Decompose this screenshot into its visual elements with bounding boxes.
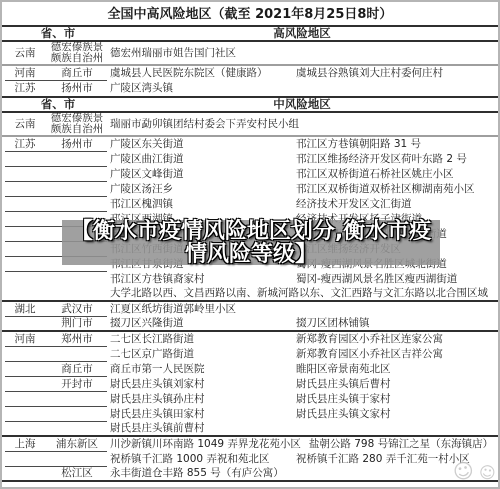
table-row: 江苏扬州市广陵区湾头镇 [2, 81, 498, 96]
risk-area-cells: 江夏区纸坊街道郭岭里小区 [110, 303, 494, 316]
smiley-icon: ☺ [451, 457, 476, 485]
risk-area-cell: 商丘市第一人民医院 [110, 363, 296, 376]
risk-area-cells: 大学北路以西、文昌西路以南、新城河路以东、文汇西路与文汇东路以北合围区域 [110, 287, 496, 300]
table-row: 开封市尉氏县庄头镇刘家村尉氏县庄头镇后曹村 [2, 377, 498, 392]
province-city-header: 省、市 [6, 98, 110, 111]
city-cell: 郑州市 [44, 333, 110, 346]
province-cell: 河南 [6, 67, 44, 80]
table-row: 尉氏县庄头镇田家村尉氏县庄头镇文家村 [2, 407, 498, 422]
risk-area-cell: 睢阳区帝景南苑北区 [296, 363, 391, 376]
risk-area-cell: 邗江区维扬经济开发区荷叶东路 2 号 [296, 153, 467, 166]
risk-area-cell: 川沙新镇川环南路 1049 弄界龙花苑小区 [110, 438, 309, 451]
risk-area-cell: 尉氏县庄头镇刘家村 [110, 378, 296, 391]
risk-area-cells: 尉氏县庄头镇刘家村尉氏县庄头镇后曹村 [110, 378, 494, 391]
risk-area-cells: 掇刀区兴隆街道掇刀区团林铺镇 [110, 317, 494, 330]
risk-area-cell: 尉氏县庄头镇田家村 [110, 408, 296, 421]
city-cell: 德宏傣族景颇族自治州 [44, 113, 110, 135]
risk-area-cell: 德宏州瑞丽市姐告国门社区 [110, 47, 244, 60]
city-cell: 松江区 [44, 467, 110, 480]
risk-area-cells: 永丰街道仓丰路 855 号（有庐公寓） [110, 467, 494, 480]
table-row: 河南郑州市二七区长江路街道新郑教育园区小乔社区连家公寓 [2, 332, 498, 347]
risk-area-cell: 祝桥镇千汇路 1000 弄祝和苑北区 [110, 453, 296, 466]
risk-area-cells: 邗江区槐泗镇经济技术开发区文汇街道 [110, 198, 494, 211]
risk-area-cell: 邗江区方巷镇朝阳路 31 号 [296, 138, 421, 151]
table-row: 二七区京广路街道新郑教育园区小乔社区吉祥公寓 [2, 347, 498, 362]
table-row: 湖北武汉市江夏区纸坊街道郭岭里小区 [2, 302, 498, 317]
risk-area-cells: 尉氏县庄头镇前曹村 [110, 422, 494, 435]
risk-area-cells: 祝桥镇千汇路 1000 弄祝和苑北区祝桥镇千汇路 280 弄千汇苑一村小区 [110, 453, 494, 466]
table-row: 河南商丘市虞城县人民医院东院区（健康路）虞城县谷熟镇刘大庄村委何庄村 [2, 66, 498, 81]
risk-area-cell: 经济技术开发区文汇街道 [296, 198, 412, 211]
risk-area-cell: 尉氏县庄头镇后曹村 [296, 378, 391, 391]
risk-area-cell: 祝桥镇千汇路 280 弄千汇苑一村小区 [296, 453, 470, 466]
risk-area-cell: 广陵区湾头镇 [110, 82, 296, 95]
risk-area-cell: 广陵区东关街道 [110, 138, 296, 151]
risk-area-cell: 邗江区双桥街道石桥社区姚庄小区 [296, 168, 454, 181]
risk-area-cells: 二七区京广路街道新郑教育园区小乔社区吉祥公寓 [110, 348, 494, 361]
table-row: 荆门市掇刀区兴隆街道掇刀区团林铺镇 [2, 317, 498, 332]
table-row: 松江区永丰街道仓丰路 855 号（有庐公寓） [2, 467, 498, 482]
risk-area-cell: 江夏区纸坊街道郭岭里小区 [110, 303, 296, 316]
province-cell: 河南 [6, 333, 44, 346]
risk-area-cells: 尉氏县庄头镇孙庄村尉氏县庄头镇于家村 [110, 393, 494, 406]
province-cell: 云南 [6, 118, 44, 131]
table-row: 邗江区方巷镇裔家村蜀冈-瘦西湖风景名胜区瘦西湖街道 [2, 272, 498, 287]
smiley-icon: ☺ [478, 462, 498, 484]
risk-area-cell: 盐朝公路 798 号锦江之星（东海镇店） [309, 438, 493, 451]
risk-area-cells: 广陵区东关街道邗江区方巷镇朝阳路 31 号 [110, 138, 494, 151]
table-row: 江苏扬州市广陵区东关街道邗江区方巷镇朝阳路 31 号 [2, 137, 498, 152]
risk-area-cell: 新郑教育园区小乔社区吉祥公寓 [296, 348, 443, 361]
risk-area-cell: 尉氏县庄头镇文家村 [296, 408, 391, 421]
risk-area-cell: 瑞丽市勐卯镇团结村委会下弄安村民小组 [110, 118, 307, 131]
risk-area-cell: 新郑教育园区小乔社区连家公寓 [296, 333, 443, 346]
page-title: 全国中高风险地区（截至 2021年8月25日8时） [2, 2, 498, 25]
section-header-row: 省、市中风险地区 [2, 96, 498, 113]
risk-area-cell: 尉氏县庄头镇前曹村 [110, 422, 296, 435]
table-row: 祝桥镇千汇路 1000 弄祝和苑北区祝桥镇千汇路 280 弄千汇苑一村小区 [2, 452, 498, 467]
risk-table-page: 全国中高风险地区（截至 2021年8月25日8时） 省、市高风险地区云南德宏傣族… [0, 0, 500, 489]
table-row: 邗江区槐泗镇经济技术开发区文汇街道 [2, 197, 498, 212]
risk-area-cell: 尉氏县庄头镇于家村 [296, 393, 391, 406]
province-cell: 湖北 [6, 303, 44, 316]
city-cell: 开封市 [44, 378, 110, 391]
table-row: 云南德宏傣族景颇族自治州瑞丽市勐卯镇团结村委会下弄安村民小组 [2, 113, 498, 137]
risk-area-cell: 蜀冈-瘦西湖风景名胜区瘦西湖街道 [296, 273, 457, 286]
table-row: 广陵区曲江街道邗江区维扬经济开发区荷叶东路 2 号 [2, 152, 498, 167]
risk-area-cell: 掇刀区团林铺镇 [296, 317, 370, 330]
risk-level-header: 中风险地区 [110, 98, 494, 111]
table-row: 广陵区汤汪乡邗江区双桥街道双桥社区柳湖南苑小区 [2, 182, 498, 197]
table-row: 大学北路以西、文昌西路以南、新城河路以东、文汇西路与文汇东路以北合围区域 [2, 287, 498, 302]
province-cell: 上海 [6, 438, 44, 451]
city-cell: 武汉市 [44, 303, 110, 316]
section-header-row: 省、市高风险地区 [2, 25, 498, 42]
table-row: 上海浦东新区川沙新镇川环南路 1049 弄界龙花苑小区盐朝公路 798 号锦江之… [2, 437, 498, 452]
table-row: 尉氏县庄头镇前曹村 [2, 422, 498, 437]
risk-area-cells: 广陵区汤汪乡邗江区双桥街道双桥社区柳湖南苑小区 [110, 183, 494, 196]
smiley-icons: ☺ ☺ [453, 459, 496, 483]
risk-area-cell: 掇刀区兴隆街道 [110, 317, 296, 330]
risk-area-cell: 广陵区曲江街道 [110, 153, 296, 166]
risk-area-cell: 永丰街道仓丰路 855 号（有庐公寓） [110, 467, 296, 480]
risk-area-cell: 虞城县谷熟镇刘大庄村委何庄村 [296, 67, 443, 80]
table-row: 商丘市商丘市第一人民医院睢阳区帝景南苑北区 [2, 362, 498, 377]
risk-area-cell: 邗江区方巷镇裔家村 [110, 273, 296, 286]
risk-area-cells: 广陵区文峰街道邗江区双桥街道石桥社区姚庄小区 [110, 168, 494, 181]
city-cell: 荆门市 [44, 317, 110, 330]
city-cell: 扬州市 [44, 138, 110, 151]
watermark-overlay: 【衡水市疫情风险地区划分,衡水市疫 情风险等级】 [62, 220, 440, 265]
risk-area-cell: 广陵区汤汪乡 [110, 183, 296, 196]
risk-area-cells: 尉氏县庄头镇田家村尉氏县庄头镇文家村 [110, 408, 494, 421]
risk-area-cells: 二七区长江路街道新郑教育园区小乔社区连家公寓 [110, 333, 494, 346]
city-cell: 商丘市 [44, 363, 110, 376]
watermark-text-line1: 【衡水市疫情风险地区划分,衡水市疫 [71, 220, 431, 243]
risk-area-cell: 二七区京广路街道 [110, 348, 296, 361]
city-cell: 商丘市 [44, 67, 110, 80]
risk-area-cell: 二七区长江路街道 [110, 333, 296, 346]
risk-area-cell: 广陵区文峰街道 [110, 168, 296, 181]
province-cell: 江苏 [6, 82, 44, 95]
city-cell: 扬州市 [44, 82, 110, 95]
city-cell: 德宏傣族景颇族自治州 [44, 42, 110, 64]
table-row: 云南德宏傣族景颇族自治州德宏州瑞丽市姐告国门社区 [2, 42, 498, 66]
risk-area-cells: 广陵区曲江街道邗江区维扬经济开发区荷叶东路 2 号 [110, 153, 494, 166]
risk-area-cells: 邗江区方巷镇裔家村蜀冈-瘦西湖风景名胜区瘦西湖街道 [110, 273, 494, 286]
risk-area-cell: 大学北路以西、文昌西路以南、新城河路以东、文汇西路与文汇东路以北合围区域 [110, 287, 496, 300]
province-cell: 云南 [6, 47, 44, 60]
risk-area-cell: 尉氏县庄头镇孙庄村 [110, 393, 296, 406]
risk-area-cells: 商丘市第一人民医院睢阳区帝景南苑北区 [110, 363, 494, 376]
risk-area-cells: 德宏州瑞丽市姐告国门社区 [110, 47, 494, 60]
province-cell: 江苏 [6, 138, 44, 151]
risk-area-cells: 广陵区湾头镇 [110, 82, 494, 95]
province-city-header: 省、市 [6, 27, 110, 40]
watermark-text-line2: 情风险等级】 [185, 243, 317, 266]
risk-area-cell: 邗江区槐泗镇 [110, 198, 296, 211]
risk-area-cell: 邗江区双桥街道双桥社区柳湖南苑小区 [296, 183, 475, 196]
city-cell: 浦东新区 [44, 438, 110, 451]
table-row: 尉氏县庄头镇孙庄村尉氏县庄头镇于家村 [2, 392, 498, 407]
risk-level-header: 高风险地区 [110, 27, 494, 40]
risk-area-cell: 虞城县人民医院东院区（健康路） [110, 67, 296, 80]
risk-area-cells: 虞城县人民医院东院区（健康路）虞城县谷熟镇刘大庄村委何庄村 [110, 67, 494, 80]
table-row: 广陵区文峰街道邗江区双桥街道石桥社区姚庄小区 [2, 167, 498, 182]
risk-area-cells: 川沙新镇川环南路 1049 弄界龙花苑小区盐朝公路 798 号锦江之星（东海镇店… [110, 438, 494, 451]
risk-area-cells: 瑞丽市勐卯镇团结村委会下弄安村民小组 [110, 118, 494, 131]
